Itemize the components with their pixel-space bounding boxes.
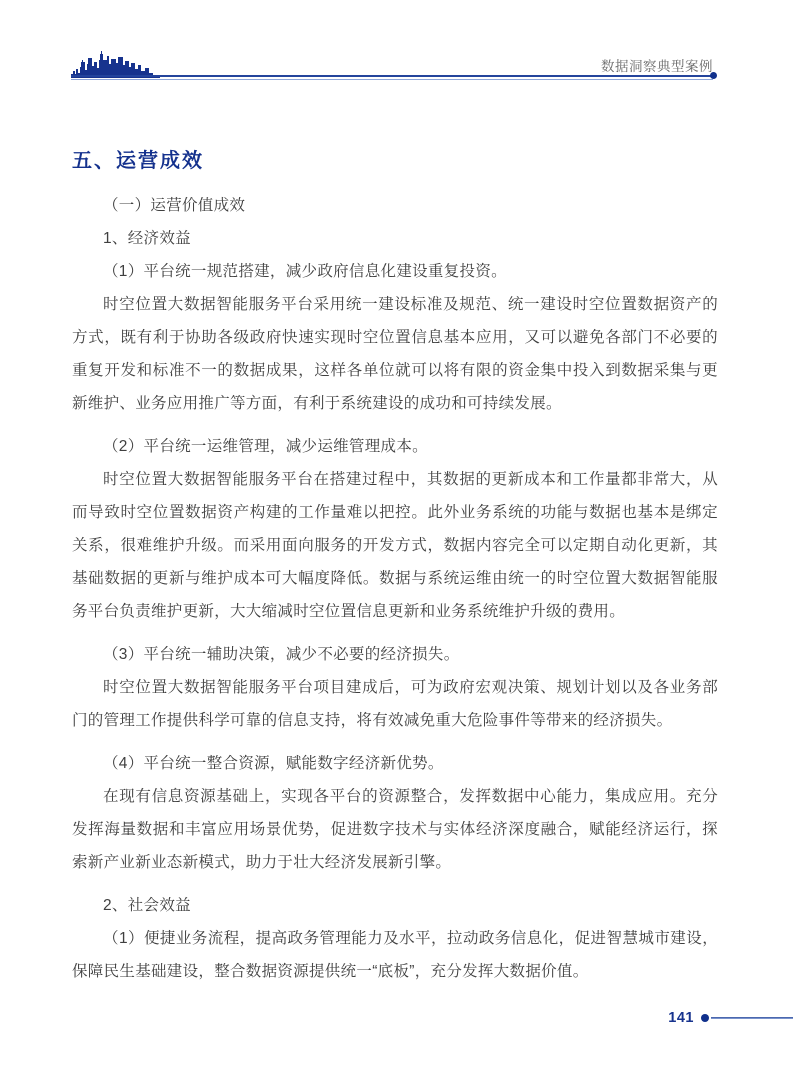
paragraph: 时空位置大数据智能服务平台项目建成后，可为政府宏观决策、规划计划以及各业务部门的…: [72, 671, 718, 737]
city-skyline-icon: [71, 49, 160, 78]
sub-heading-economic-benefit: 1、经济效益: [72, 222, 718, 255]
footer-rule-dot: [701, 1014, 709, 1022]
page-content: 五、运营成效 （一）运营价值成效 1、经济效益 （1）平台统一规范搭建，减少政府…: [72, 148, 718, 988]
paragraph: 在现有信息资源基础上，实现各平台的资源整合，发挥数据中心能力，集成应用。充分发挥…: [72, 780, 718, 879]
document-page: 数据洞察典型案例 五、运营成效 （一）运营价值成效 1、经济效益 （1）平台统一…: [0, 0, 793, 1077]
header-title: 数据洞察典型案例: [601, 55, 713, 75]
subsection-heading: （一）运营价值成效: [72, 189, 718, 222]
footer-rule: [711, 1017, 793, 1019]
section-title: 五、运营成效: [72, 148, 718, 174]
item-heading-4: （4）平台统一整合资源，赋能数字经济新优势。: [72, 747, 718, 780]
page-number: 141: [668, 1010, 694, 1026]
item-heading-2: （2）平台统一运维管理，减少运维管理成本。: [72, 430, 718, 463]
header-rule-end-dot: [710, 72, 717, 79]
item-heading-3: （3）平台统一辅助决策，减少不必要的经济损失。: [72, 638, 718, 671]
page-footer: 141: [668, 1010, 793, 1026]
sub-heading-social-benefit: 2、社会效益: [72, 889, 718, 922]
paragraph: （1）便捷业务流程，提高政务管理能力及水平，拉动政务信息化，促进智慧城市建设，保…: [72, 922, 718, 988]
item-heading-1: （1）平台统一规范搭建，减少政府信息化建设重复投资。: [72, 255, 718, 288]
paragraph: 时空位置大数据智能服务平台在搭建过程中，其数据的更新成本和工作量都非常大，从而导…: [72, 463, 718, 628]
paragraph: 时空位置大数据智能服务平台采用统一建设标准及规范、统一建设时空位置数据资产的方式…: [72, 288, 718, 420]
header-rule: [71, 75, 713, 80]
